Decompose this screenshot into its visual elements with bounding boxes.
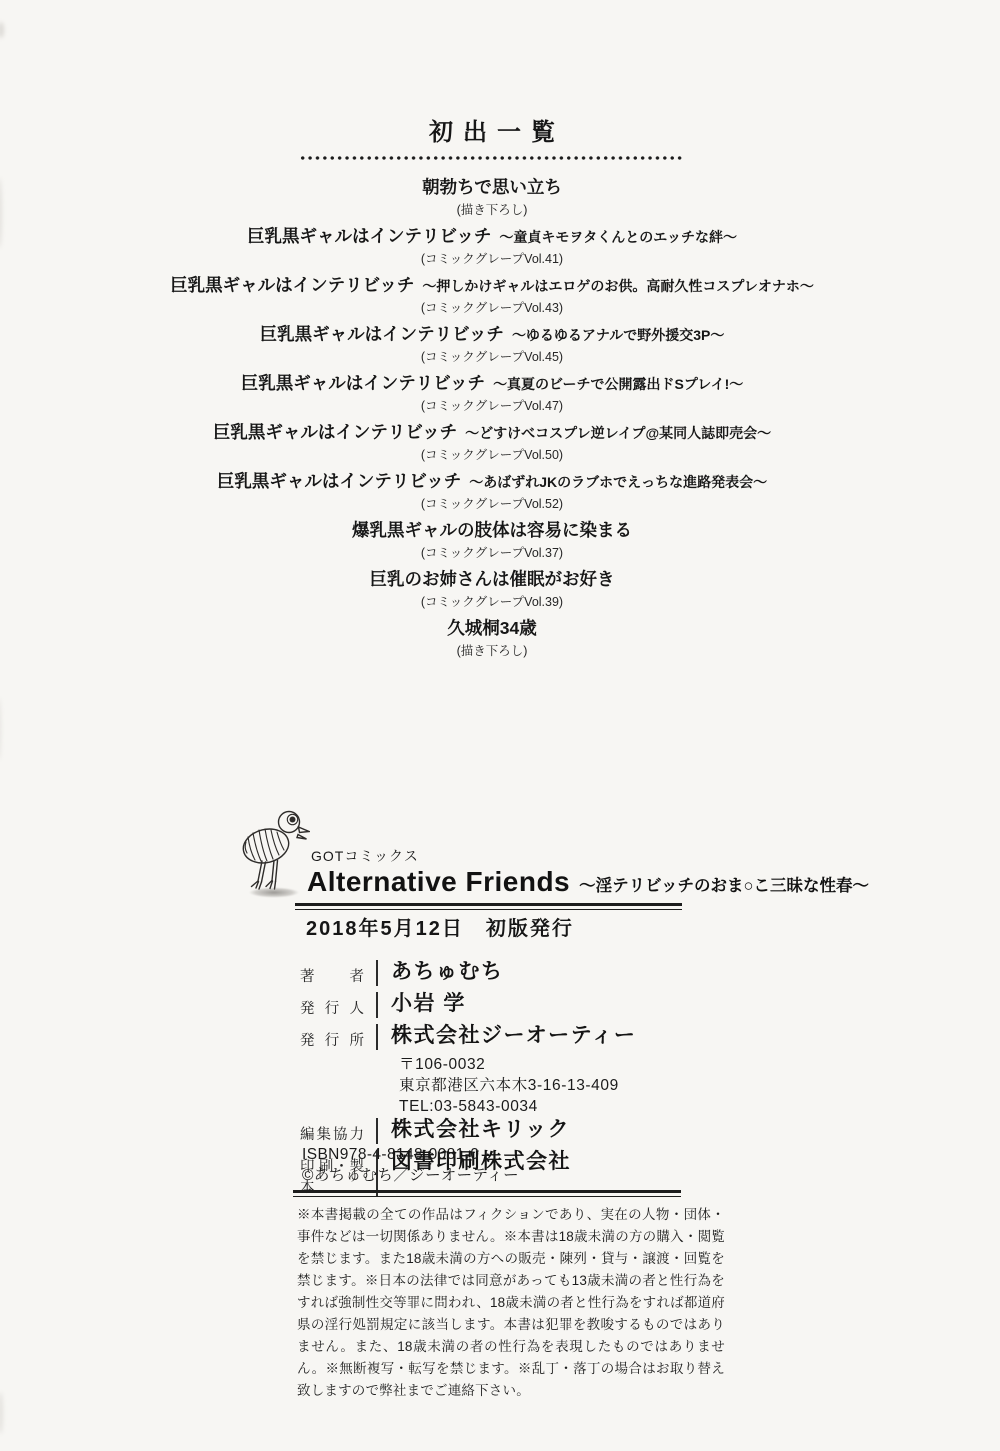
colophon-address-line: 東京都港区六本木3-16-13-409 [378,1077,619,1095]
work-source: (コミックグレープVol.52) [0,496,992,512]
logo-shadow [242,886,306,899]
work-source: (コミックグレープVol.47) [0,398,992,414]
isbn-number: ISBN978-4-8148-0081-0 [302,1144,519,1165]
work-subtitle: ～真夏のビーチで公開露出ドSプレイ!～ [493,376,743,392]
work-source: (コミックグレープVol.39) [0,594,992,610]
colophon-row: 著者あちゅむち [300,960,636,986]
colophon-row-value: 株式会社キリック [378,1118,570,1144]
dotted-divider [299,156,685,160]
colophon-row-label: 発行所 [300,1024,364,1050]
colophon-subrow: 〒106-0032 [300,1056,636,1074]
first-publication-list: 初出一覧 朝勃ちで思い立ち(描き下ろし)巨乳黒ギャルはインテリビッチ～童貞キモヲ… [0,112,992,666]
work-subtitle: ～どすけべコスプレ逆レイプ@某同人誌即売会～ [465,425,771,441]
list-item: 爆乳黒ギャルの肢体は容易に染まる(コミックグレープVol.37) [0,519,992,561]
list-item: 朝勃ちで思い立ち(描き下ろし) [0,176,992,218]
legal-disclaimer: ※本書掲載の全ての作品はフィクションであり、実在の人物・団体・事件などは一切関係… [297,1204,725,1402]
work-subtitle: ～あばずれJKのラブホでえっちな進路発表会～ [469,474,767,490]
colophon-section: GOTコミックス Alternative Friends～淫テリビッチのおま○こ… [0,800,1000,1451]
book-title: Alternative Friends～淫テリビッチのおま○こ三昧な性春～ [307,866,869,898]
edition-date: 2018年5月12日 初版発行 [306,912,574,941]
book-title-ja: ～淫テリビッチのおま○こ三昧な性春～ [579,877,869,895]
list-item: 巨乳黒ギャルはインテリビッチ～あばずれJKのラブホでえっちな進路発表会～(コミッ… [0,470,992,512]
section-title: 初出一覧 [0,112,992,147]
list-item: 巨乳黒ギャルはインテリビッチ～真夏のビーチで公開露出ドSプレイ!～(コミックグレ… [0,372,992,414]
scan-smudge [0,22,4,38]
work-title: 爆乳黒ギャルの肢体は容易に染まる [352,520,632,540]
work-subtitle: ～押しかけギャルはエロゲのお供。高耐久性コスプレオナホ～ [422,278,813,294]
colophon-row-label: 発行人 [300,992,364,1018]
list-item: 巨乳黒ギャルはインテリビッチ～ゆるゆるアナルで野外援交3P～(コミックグレープV… [0,323,992,365]
list-item: 巨乳のお姉さんは催眠がお好き(コミックグレープVol.39) [0,568,992,610]
work-title: 巨乳のお姉さんは催眠がお好き [370,569,615,589]
publication-entries: 朝勃ちで思い立ち(描き下ろし)巨乳黒ギャルはインテリビッチ～童貞キモヲタくんとの… [0,176,992,659]
book-title-en: Alternative Friends [307,866,570,897]
work-title: 巨乳黒ギャルはインテリビッチ [217,471,461,491]
work-source: (コミックグレープVol.50) [0,447,992,463]
imprint-label: GOTコミックス [311,846,419,866]
disclaimer-top-rule [293,1190,681,1197]
bird-sketch-logo [236,806,310,892]
colophon-row-value: あちゅむち [378,960,504,986]
work-subtitle: ～童貞キモヲタくんとのエッチな絆～ [499,229,737,245]
scanned-colophon-page: 初出一覧 朝勃ちで思い立ち(描き下ろし)巨乳黒ギャルはインテリビッチ～童貞キモヲ… [0,0,1000,1451]
copyright-line: ©あちゅむち／ジーオーティー [302,1165,519,1186]
colophon-row-value: 小岩 学 [378,992,466,1018]
work-source: (描き下ろし) [0,643,992,659]
work-title: 巨乳黒ギャルはインテリビッチ [241,373,485,393]
work-title: 巨乳黒ギャルはインテリビッチ [213,422,457,442]
scan-smudge [0,698,1,760]
work-title: 朝勃ちで思い立ち [422,177,562,197]
work-title: 巨乳黒ギャルはインテリビッチ [247,226,491,246]
colophon-subrow: TEL:03-5843-0034 [300,1098,636,1116]
list-item: 巨乳黒ギャルはインテリビッチ～どすけべコスプレ逆レイプ@某同人誌即売会～(コミッ… [0,421,992,463]
list-item: 巨乳黒ギャルはインテリビッチ～押しかけギャルはエロゲのお供。高耐久性コスプレオナ… [0,274,992,316]
colophon-subrow: 東京都港区六本木3-16-13-409 [300,1077,636,1095]
list-item: 久城桐34歳(描き下ろし) [0,617,992,659]
colophon-row-value: 株式会社ジーオーティー [378,1024,636,1050]
colophon-row: 発行人小岩 学 [300,992,636,1018]
colophon-row-label: 編集協力 [300,1118,364,1144]
work-source: (コミックグレープVol.37) [0,545,992,561]
work-source: (コミックグレープVol.43) [0,300,992,316]
colophon-address-line: TEL:03-5843-0034 [378,1098,538,1116]
title-underline-rule [295,903,682,910]
work-source: (コミックグレープVol.45) [0,349,992,365]
work-title: 巨乳黒ギャルはインテリビッチ [260,324,504,344]
colophon-row-label: 著者 [300,960,364,986]
list-item: 巨乳黒ギャルはインテリビッチ～童貞キモヲタくんとのエッチな絆～(コミックグレープ… [0,225,992,267]
work-subtitle: ～ゆるゆるアナルで野外援交3P～ [512,327,724,343]
work-source: (コミックグレープVol.41) [0,251,992,267]
colophon-row: 発行所株式会社ジーオーティー [300,1024,636,1050]
work-title: 久城桐34歳 [447,618,536,638]
isbn-block: ISBN978-4-8148-0081-0 ©あちゅむち／ジーオーティー [302,1144,519,1186]
colophon-address-line: 〒106-0032 [378,1056,485,1074]
work-source: (描き下ろし) [0,202,992,218]
work-title: 巨乳黒ギャルはインテリビッチ [170,275,414,295]
colophon-row: 編集協力株式会社キリック [300,1118,636,1144]
